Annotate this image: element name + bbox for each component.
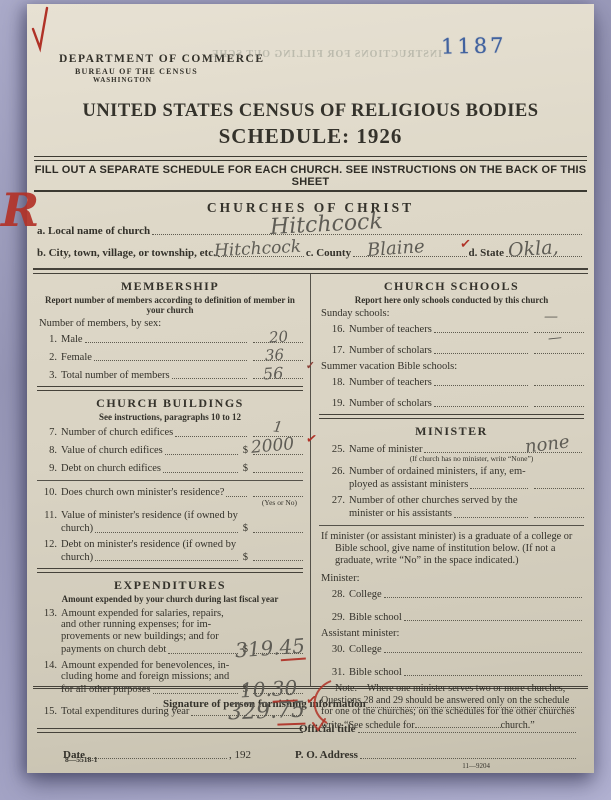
answer-line-edifice-debt[interactable] [253, 462, 303, 473]
dollar-sign: $ [243, 552, 248, 564]
left-column: MEMBERSHIP Report number of members acco… [33, 274, 311, 686]
two-column-body: MEMBERSHIP Report number of members acco… [33, 274, 588, 689]
dollar-sign: $ [243, 445, 248, 457]
yes-or-no-hint: (Yes or No) [37, 498, 297, 507]
row-label: Debt on church edifices [61, 463, 161, 475]
sunday-schools-label: Sunday schools: [321, 308, 584, 319]
answer-line-running-expenses[interactable] [253, 643, 303, 654]
instruction-banner: FILL OUT A SEPARATE SCHEDULE FOR EACH CH… [34, 156, 587, 192]
official-title-line[interactable] [358, 722, 576, 733]
minister-title: MINISTER [319, 424, 584, 439]
answer-line-minister-name[interactable]: none [424, 442, 582, 453]
answer-line-total[interactable]: 56 ✓ [253, 368, 303, 379]
right-column: CHURCH SCHOOLS Report here only schools … [311, 274, 588, 686]
handwritten-male-count: 20 [268, 328, 288, 346]
row-label: Number of scholars [349, 345, 432, 357]
row-label-line3: provements or new buildings; and for [61, 631, 303, 643]
row-number: 12. [37, 539, 61, 551]
print-number: 11—9204 [462, 762, 490, 770]
state-label: d. State [469, 247, 504, 259]
red-checkmark-top-left [30, 5, 52, 53]
row-label: Value of church edifices [61, 445, 163, 457]
dollar-sign: $ [243, 684, 248, 696]
rule-thin [319, 525, 584, 526]
answer-line-ordained[interactable] [534, 478, 584, 489]
row-number: 29. [319, 612, 349, 624]
row-other-churches: 27. Number of other churches served by t… [319, 495, 584, 520]
graduate-line3: graduate, write “No” in the space indica… [335, 555, 584, 567]
row-residence-value: 11. Value of minister's residence (if ow… [37, 510, 303, 535]
row-residence-debt: 12. Debt on minister's residence (if own… [37, 539, 303, 564]
schools-title: CHURCH SCHOOLS [319, 279, 584, 294]
dotted-leader [226, 486, 247, 497]
row-label-line2: church) [61, 523, 93, 535]
row-label: Female [61, 352, 92, 364]
handwritten-city: Hitchcock [213, 237, 301, 262]
rule-schools-bottom [319, 414, 584, 419]
row-number: 15. [37, 706, 61, 718]
row-minister-college: 28. College [319, 587, 584, 600]
row-number: 17. [319, 345, 349, 357]
schools-subtitle: Report here only schools conducted by th… [327, 295, 576, 305]
none-hint: (If church has no minister, write “None”… [359, 454, 584, 463]
summer-schools-label: Summer vacation Bible schools: [321, 361, 584, 372]
row-number: 14. [37, 660, 61, 672]
row-total-expenditures: 15. Total expenditures during year 329.7… [37, 705, 303, 718]
row-label-line4: payments on church debt [61, 644, 166, 656]
row-label: Bible school [349, 667, 402, 679]
dotted-leader [168, 643, 237, 654]
row-number: 25. [319, 444, 349, 456]
row-edifice-debt: 9. Debt on church edifices $ [37, 462, 303, 475]
row-number: 19. [319, 398, 349, 410]
row-male: 1. Male 20 [37, 332, 303, 345]
city-label: b. City, town, village, or township, etc… [37, 247, 216, 259]
row-label-line2: ployed as assistant ministers [349, 479, 468, 491]
form-number: 8—5518-1 [65, 755, 98, 764]
answer-line-assistant-college[interactable] [384, 642, 582, 653]
row-number: 30. [319, 644, 349, 656]
note-line1: Note.—Where one minister serves two or m… [335, 683, 584, 695]
row-label: Number of church edifices [61, 427, 173, 439]
row-label-line3: for all other purposes [61, 684, 151, 696]
row-label: Total number of members [61, 370, 170, 382]
row-number: 7. [37, 427, 61, 439]
dollar-sign: $ [243, 463, 248, 475]
row-label: Does church own minister's residence? [61, 487, 224, 499]
dotted-leader [191, 705, 247, 716]
dotted-leader [94, 350, 247, 361]
row-label: Number of teachers [349, 377, 432, 389]
note-line3: for one of the churches; on the schedule… [321, 706, 584, 718]
local-name-label: a. Local name of church [37, 225, 150, 237]
answer-line-summer-teachers[interactable] [534, 375, 584, 386]
dollar-sign: $ [243, 523, 248, 535]
graduate-line1: If minister (or assistant minister) is a… [321, 531, 572, 542]
dollar-sign: $ [243, 644, 248, 656]
row-edifice-value: 8. Value of church edifices $ 2000 ✓ [37, 444, 303, 457]
answer-line-female[interactable]: 36 [253, 350, 303, 361]
answer-line-minister-college[interactable] [384, 587, 582, 598]
membership-subtitle: Report number of members according to de… [45, 295, 295, 316]
expenditures-subtitle: Amount expended by your church during la… [45, 594, 295, 604]
handwritten-female-count: 36 [265, 346, 285, 363]
row-total-members: 3. Total number of members 56 ✓ [37, 368, 303, 381]
answer-line-sunday-teachers[interactable]: — [534, 322, 584, 333]
row-number: 2. [37, 352, 61, 364]
red-margin-letter: R [1, 183, 39, 237]
row-number: 27. [319, 495, 349, 507]
state-line[interactable]: Okla, [506, 246, 582, 257]
row-benevolences: 14. Amount expended for benevolences, in… [37, 660, 303, 696]
row-number: 26. [319, 466, 349, 478]
form-schedule-year: SCHEDULE: 1926 [27, 124, 594, 149]
row-summer-scholars: 19. Number of scholars [319, 396, 584, 409]
row-label: Total expenditures during year [61, 706, 189, 718]
answer-line-total-expenditures[interactable] [253, 705, 303, 716]
graduate-line2: Bible school, give name of institution b… [335, 543, 584, 555]
answer-line-minister-bible[interactable] [404, 610, 582, 621]
row-number: 8. [37, 445, 61, 457]
row-number: 9. [37, 463, 61, 475]
minister-sublabel: Minister: [321, 573, 584, 584]
row-sunday-teachers: 16. Number of teachers — [319, 322, 584, 335]
row-label-line1: Number of ordained ministers, if any, em… [349, 466, 526, 478]
row-number: 3. [37, 370, 61, 382]
po-address-line[interactable] [360, 748, 576, 759]
row-assistant-bible-school: 31. Bible school [319, 665, 584, 678]
agency-city: WASHINGTON [93, 76, 594, 84]
dotted-leader [434, 375, 528, 386]
rule-membership-bottom [37, 386, 303, 391]
answer-line-other-churches[interactable] [534, 507, 584, 518]
dotted-leader [434, 322, 528, 333]
dotted-leader [163, 462, 238, 473]
row-label: College [349, 644, 382, 656]
dotted-leader [95, 550, 238, 561]
dotted-leader [172, 368, 247, 379]
row-edifice-count: 7. Number of church edifices 1 [37, 426, 303, 439]
dotted-leader [153, 683, 238, 694]
answer-line-residence-value[interactable] [253, 522, 303, 533]
row-number: 11. [37, 510, 61, 522]
answer-line-assistant-bible[interactable] [404, 665, 582, 676]
row-number: 28. [319, 589, 349, 601]
row-label-line2: church) [61, 552, 93, 564]
signature-line[interactable] [368, 697, 576, 708]
row-label: Bible school [349, 612, 402, 624]
answer-line-residence-debt[interactable] [253, 550, 303, 561]
buildings-title: CHURCH BUILDINGS [37, 396, 303, 411]
banner-text: FILL OUT A SEPARATE SCHEDULE FOR EACH CH… [34, 161, 587, 190]
dotted-leader [434, 396, 528, 407]
answer-line-owns-residence[interactable] [253, 486, 303, 497]
buildings-subtitle: See instructions, paragraphs 10 to 12 [45, 412, 295, 422]
row-label-line1: Number of other churches served by the [349, 495, 518, 507]
row-label-line1: Debt on minister's residence (if owned b… [61, 539, 236, 551]
assistant-sublabel: Assistant minister: [321, 628, 584, 639]
row-label: College [349, 589, 382, 601]
date-line[interactable] [87, 748, 227, 759]
denomination-title: CHURCHES OF CHRIST [27, 200, 594, 216]
answer-line-male[interactable]: 20 [253, 332, 303, 343]
city-line[interactable]: Hitchcock [218, 246, 304, 257]
dotted-leader [470, 478, 528, 489]
form-title: UNITED STATES CENSUS OF RELIGIOUS BODIES [27, 101, 594, 122]
answer-line-edifice-value[interactable]: 2000 ✓ [253, 444, 303, 455]
row-number: 10. [37, 487, 61, 499]
row-label: Number of teachers [349, 324, 432, 336]
answer-line-edifices[interactable]: 1 [253, 426, 303, 437]
handwritten-total-count: 56 [263, 364, 284, 383]
handwritten-county: Blaine [366, 236, 425, 261]
row-label-line2: minister or his assistants [349, 508, 452, 520]
census-form-page: 1187 INSTRUCTIONS FOR FILLING OUT SCHE D… [27, 4, 594, 773]
dotted-leader [454, 507, 528, 518]
bleedthrough-text: INSTRUCTIONS FOR FILLING OUT SCHE [222, 49, 442, 60]
row-owns-residence: 10. Does church own minister's residence… [37, 486, 303, 499]
dotted-leader [165, 444, 238, 455]
row-label: Number of scholars [349, 398, 432, 410]
answer-line-summer-scholars[interactable] [534, 396, 584, 407]
row-label-line1: Value of minister's residence (if owned … [61, 510, 238, 522]
row-minister-name: 25. Name of minister none [319, 442, 584, 455]
row-label-line2: cluding home and foreign missions; and [61, 671, 303, 683]
rule-thin [37, 480, 303, 481]
row-summer-teachers: 18. Number of teachers [319, 375, 584, 388]
identity-section: a. Local name of church Hitchcock b. Cit… [37, 224, 584, 259]
row-number: 31. [319, 667, 349, 679]
dotted-leader [95, 522, 238, 533]
row-city-county-state: b. City, town, village, or township, etc… [37, 246, 584, 259]
dotted-leader [85, 332, 247, 343]
expenditures-title: EXPENDITURES [37, 578, 303, 593]
row-label-line1: Amount expended for benevolences, in- [61, 660, 229, 672]
handwritten-state: Okla, [507, 236, 559, 261]
rule-heavy [34, 190, 587, 192]
row-label: Male [61, 334, 83, 346]
row-number: 13. [37, 608, 61, 620]
rule-buildings-bottom [37, 568, 303, 573]
row-label-line1: Amount expended for salaries, repairs, [61, 608, 224, 620]
row-assistant-college: 30. College [319, 642, 584, 655]
membership-title: MEMBERSHIP [37, 279, 303, 294]
county-line[interactable]: Blaine ✓ [353, 246, 466, 257]
row-number: 18. [319, 377, 349, 389]
row-minister-bible-school: 29. Bible school [319, 610, 584, 623]
county-label: c. County [306, 247, 351, 259]
red-checkmark-county: ✓ [459, 235, 472, 252]
red-bracket-mark [307, 679, 333, 733]
row-number: 16. [319, 324, 349, 336]
row-female: 2. Female 36 [37, 350, 303, 363]
form-numbers: 8—5518-1 11—9204 [27, 762, 594, 774]
row-number: 1. [37, 334, 61, 346]
graduate-instructions: If minister (or assistant minister) is a… [321, 531, 584, 567]
row-label-line2: and other running expenses; for im- [61, 619, 303, 631]
row-label: Name of minister [349, 444, 422, 456]
date-address-row: Date , 192 P. O. Address [63, 748, 578, 761]
membership-intro: Number of members, by sex: [39, 318, 303, 329]
dotted-leader [175, 426, 247, 437]
row-running-expenses: 13. Amount expended for salaries, repair… [37, 608, 303, 656]
dotted-leader [434, 343, 528, 354]
answer-line-benevolences[interactable] [253, 683, 303, 694]
local-name-line[interactable]: Hitchcock [152, 224, 582, 235]
row-local-name: a. Local name of church Hitchcock [37, 224, 584, 237]
answer-line-sunday-scholars[interactable]: — [534, 343, 584, 354]
year-prefix: , 192 [229, 749, 251, 761]
serial-number-stamp: 1187 [441, 33, 507, 58]
po-address-label: P. O. Address [295, 749, 358, 761]
rule-expenditures-bottom [37, 728, 303, 733]
row-sunday-scholars: 17. Number of scholars — [319, 343, 584, 356]
row-ordained-ministers: 26. Number of ordained ministers, if any… [319, 466, 584, 491]
bureau-name: BUREAU OF THE CENSUS [75, 67, 594, 77]
